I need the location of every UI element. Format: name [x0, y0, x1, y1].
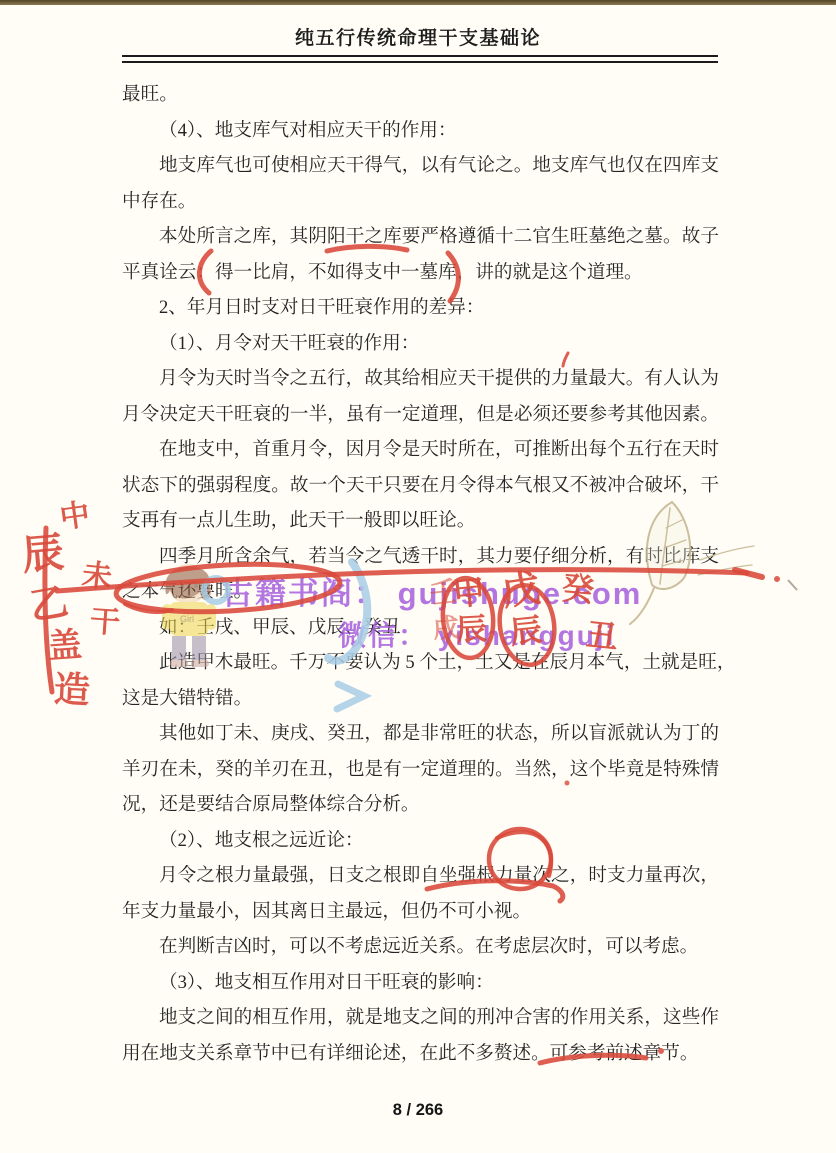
- text-line: 本处所言之库，其阴阳干之库要严格遵循十二官生旺墓绝之墓。故子: [122, 219, 719, 255]
- handwritten-margin-char: 干: [89, 607, 121, 639]
- text-line: 最旺。: [122, 77, 719, 113]
- handwritten-pillar-char: 戊: [500, 570, 543, 613]
- text-line: 这是大错特错。: [122, 681, 719, 717]
- handwritten-margin-char: 未: [81, 561, 114, 594]
- page-number: 8 / 266: [0, 1101, 836, 1120]
- scan-top-edge: [0, 0, 836, 5]
- header-double-rule: [122, 55, 718, 63]
- text-line: 用在地支关系章节中已有详细论述，在此不多赘述。可参考前述章节。: [122, 1036, 719, 1072]
- text-line: 月令决定天干旺衰的一半，虽有一定道理，但是必须还要参考其他因素。: [122, 397, 719, 433]
- text-line: 2、年月日时支对日干旺衰作用的差异：: [122, 290, 719, 326]
- text-line: 其他如丁未、庚戌、癸丑，都是非常旺的状态，所以盲派就认为丁的: [122, 716, 719, 752]
- handwritten-pillar-char: 辰: [508, 613, 543, 648]
- text-line: 支再有一点儿生助，此天干一般即以旺论。: [122, 503, 719, 539]
- handwritten-pillar-char: 甲: [451, 575, 486, 610]
- handwritten-pillar-char: 丑: [584, 618, 619, 653]
- text-line: 地支库气也可使相应天干得气，以有气论之。地支库气也仅在四库支: [122, 148, 719, 184]
- handwritten-pillar-char: 癸: [561, 572, 596, 607]
- text-line: （2）、地支根之远近论：: [122, 823, 719, 859]
- text-line: 况，还是要结合原局整体综合分析。: [122, 787, 719, 823]
- handwritten-margin-char: 乙: [27, 583, 71, 627]
- text-line: 状态下的强弱程度。故一个天干只要在月令得本气根又不被冲合破坏，干: [122, 468, 719, 504]
- text-line: 月令为天时当令之五行，故其给相应天干提供的力量最大。有人认为: [122, 361, 719, 397]
- handwritten-margin-char: 辰: [20, 532, 66, 578]
- handwritten-margin-char: 造: [53, 671, 91, 709]
- text-line: （1）、月令对天干旺衰的作用：: [122, 326, 719, 362]
- text-line: 在地支中，首重月令，因月令是天时所在，可推断出每个五行在天时: [122, 432, 719, 468]
- text-line: （3）、地支相互作用对日干旺衰的影响：: [122, 965, 719, 1001]
- page-title: 纯五行传统命理干支基础论: [0, 23, 836, 50]
- text-line: （4）、地支库气对相应天干的作用：: [122, 113, 719, 149]
- handwritten-margin-char: 盖: [47, 629, 83, 665]
- text-line: 年支力量最小，因其离日主最远，但仍不可小视。: [122, 894, 719, 930]
- text-line: 中存在。: [122, 184, 719, 220]
- text-line: 月令之根力量最强，日支之根即自坐强根力量次之，时支力量再次，: [122, 858, 719, 894]
- handwritten-margin-char: 中: [58, 500, 92, 534]
- text-line: 平真诠云：得一比肩，不如得支中一墓库，讲的就是这个道理。: [122, 255, 719, 291]
- text-line: 在判断吉凶时，可以不考虑远近关系。在考虑层次时，可以考虑。: [122, 929, 719, 965]
- scanned-book-page: 纯五行传统命理干支基础论 最旺。 （4）、地支库气对相应天干的作用： 地支库气也…: [0, 0, 836, 1153]
- text-line: 地支之间的相互作用，就是地支之间的刑冲合害的作用关系，这些作: [122, 1000, 719, 1036]
- handwritten-pillar-char: 辰: [455, 613, 488, 646]
- text-line: 羊刃在未，癸的羊刃在丑，也是有一定道理的。当然，这个毕竟是特殊情: [122, 752, 719, 788]
